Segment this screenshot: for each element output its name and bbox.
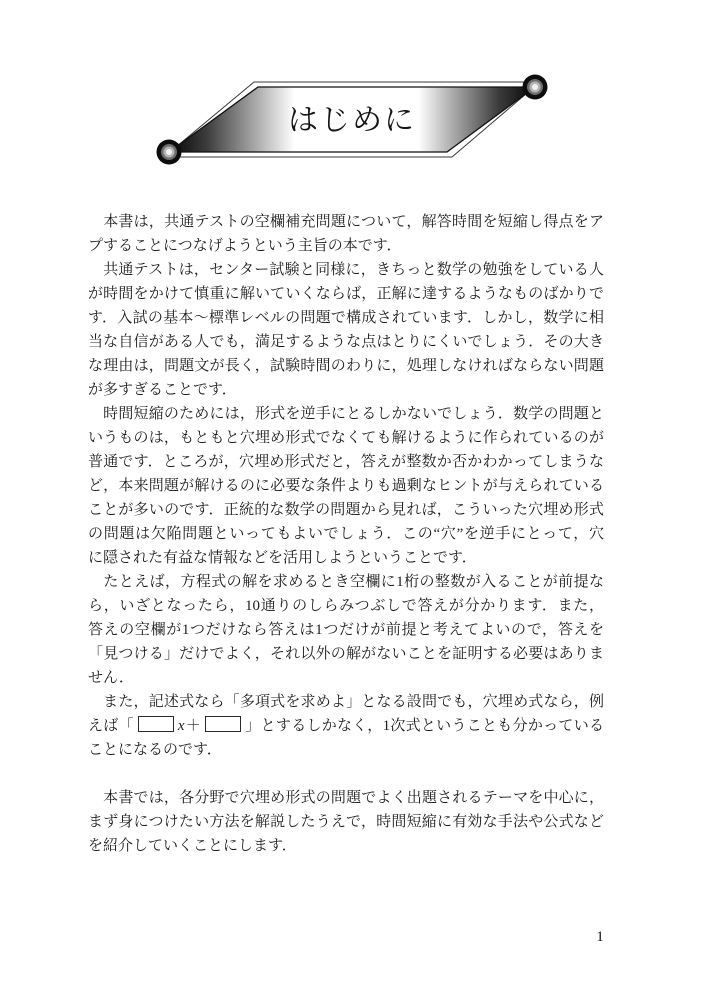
paragraph: 共通テストは，センター試験と同様に，きちっと数学の勉強をしている人が時間をかけて… <box>88 258 604 402</box>
bolt-right-icon <box>523 75 548 100</box>
paragraph: 本書では，各分野で穴埋め形式の問題でよく出題されるテーマを中心に，まず身につけた… <box>88 786 604 858</box>
text-line: が多すぎることです． <box>88 378 604 402</box>
text-line: えば「x＋」とするしかなく，1次式ということも分かっている <box>88 714 604 738</box>
text-line: を紹介していくことにします． <box>88 834 604 858</box>
text-line: いうものは，もともと穴埋め形式でなくても解けるように作られているのが <box>88 426 604 450</box>
math-variable: x <box>178 718 186 734</box>
paragraph: また，記述式なら「多項式を求めよ」となる設問でも，穴埋め式なら，例えば「x＋」と… <box>88 690 604 762</box>
text-line: 当な自信がある人でも，満足するような点はとりにくいでしょう．その大き <box>88 330 604 354</box>
text-line: す．入試の基本～標準レベルの問題で構成されています．しかし，数学に相 <box>88 306 604 330</box>
text-line: また，記述式なら「多項式を求めよ」となる設問でも，穴埋め式なら，例 <box>88 690 604 714</box>
text-line: 答えの空欄が1つだけなら答えは1つだけが前提と考えてよいので，答えを <box>88 618 604 642</box>
paragraph: 時間短縮のためには，形式を逆手にとるしかないでしょう．数学の問題というものは，も… <box>88 402 604 570</box>
text-line: 普通です．ところが，穴埋め形式だと，答えが整数か否かわかってしまうな <box>88 450 604 474</box>
paragraph: 本書は，共通テストの空欄補充問題について，解答時間を短縮し得点をアップすることに… <box>88 210 604 258</box>
text-line: ど，本来問題が解けるのに必要な条件よりも過剰なヒントが与えられている <box>88 474 604 498</box>
text-line: ことになるのです． <box>88 738 604 762</box>
answer-blank-box <box>138 716 174 732</box>
page-number: 1 <box>560 929 640 946</box>
text-line: 共通テストは，センター試験と同様に，きちっと数学の勉強をしている人 <box>88 258 604 282</box>
text-line: まず身につけたい方法を解説したうえで，時間短縮に有効な手法や公式など <box>88 810 604 834</box>
text-line: が時間をかけて慎重に解いていくならば，正解に達するようなものばかりで <box>88 282 604 306</box>
paragraph: たとえば，方程式の解を求めるとき空欄に1桁の整数が入ることが前提なら，いざとなっ… <box>88 570 604 690</box>
text-line: な理由は，問題文が長く，試験時間のわりに，処理しなければならない問題 <box>88 354 604 378</box>
banner-title: はじめに <box>288 104 416 137</box>
answer-blank-box <box>205 716 241 732</box>
text-line: の問題は欠陥問題といってもよいでしょう．この“穴”を逆手にとって，穴 <box>88 522 604 546</box>
text-line: 本書では，各分野で穴埋め形式の問題でよく出題されるテーマを中心に， <box>88 786 604 810</box>
text-line: 「見つける」だけでよく，それ以外の解がないことを証明する必要はありま <box>88 642 604 666</box>
book-page: はじめに 本書は，共通テストの空欄補充問題について，解答時間を短縮し得点をアップ… <box>0 0 705 1000</box>
text-line: に隠された有益な情報などを活用しようということです． <box>88 546 604 570</box>
banner-graphic: はじめに <box>0 0 705 190</box>
text-line: ことが多いのです．正統的な数学の問題から見れば，こういった穴埋め形式 <box>88 498 604 522</box>
text-line: たとえば，方程式の解を求めるとき空欄に1桁の整数が入ることが前提な <box>88 570 604 594</box>
text-line: 時間短縮のためには，形式を逆手にとるしかないでしょう．数学の問題と <box>88 402 604 426</box>
body-text: 本書は，共通テストの空欄補充問題について，解答時間を短縮し得点をアップすることに… <box>88 210 604 858</box>
chapter-banner: はじめに <box>0 0 705 190</box>
text-line: せん． <box>88 666 604 690</box>
text-line: ら，いざとなったら，10通りのしらみつぶしで答えが分かります．また， <box>88 594 604 618</box>
bolt-left-icon <box>157 140 182 165</box>
text-line: 本書は，共通テストの空欄補充問題について，解答時間を短縮し得点をアッ <box>88 210 604 234</box>
text-line: プすることにつなげようという主旨の本です． <box>88 234 604 258</box>
